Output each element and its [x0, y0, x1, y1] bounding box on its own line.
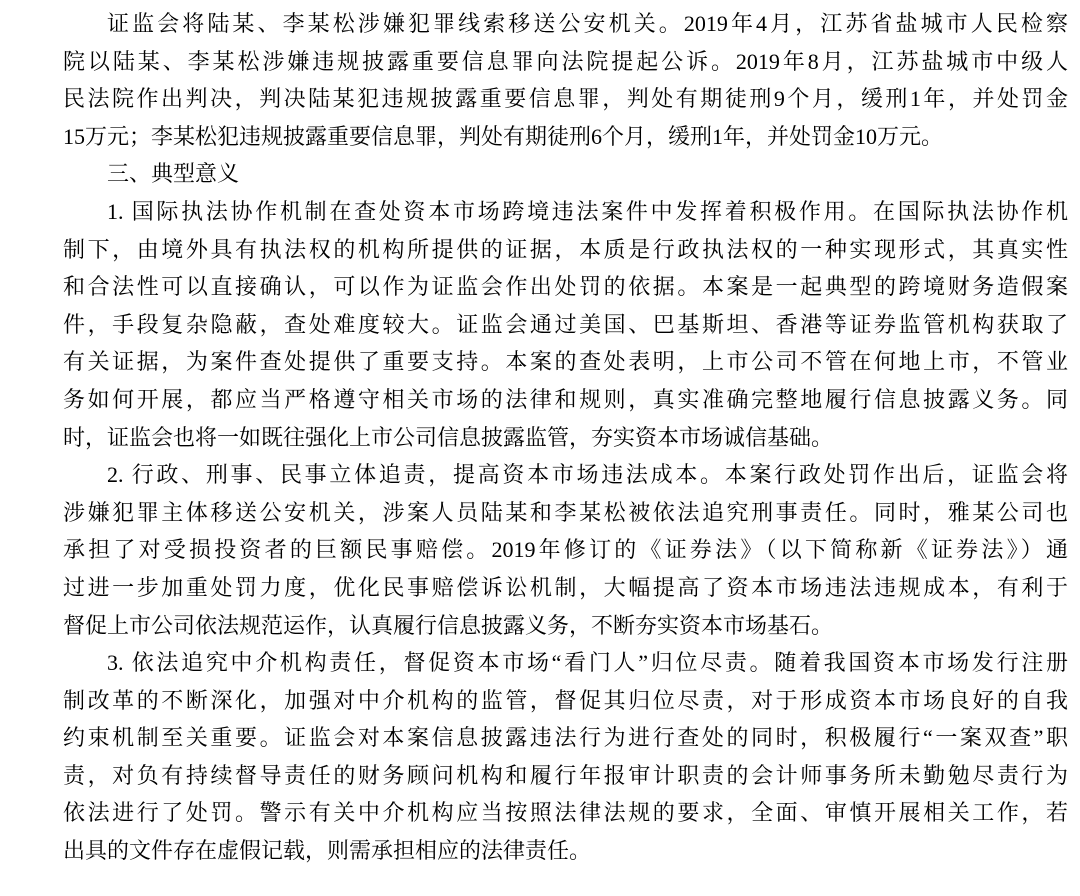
text-line: 1. 国际执法协作机制在查处资本市场跨境违法案件中发挥着积极作用。在国际执法协作… — [63, 193, 1068, 231]
text-line: 时，证监会也将一如既往强化上市公司信息披露监管，夯实资本市场诚信基础。 — [63, 419, 1068, 457]
text-line: 承担了对受损投资者的巨额民事赔偿。2019年修订的《证券法》（以下简称新《证券法… — [63, 531, 1068, 569]
document-text-block: 证监会将陆某、李某松涉嫌犯罪线索移送公安机关。2019年4月，江苏省盐城市人民检… — [63, 5, 1068, 870]
text-line: 督促上市公司依法规范运作，认真履行信息披露义务，不断夯实资本市场基石。 — [63, 607, 1068, 645]
text-line: 制改革的不断深化，加强对中介机构的监管，督促其归位尽责，对于形成资本市场良好的自… — [63, 682, 1068, 720]
text-line: 依法进行了处罚。警示有关中介机构应当按照法律法规的要求，全面、审慎开展相关工作，… — [63, 794, 1068, 832]
text-line: 约束机制至关重要。证监会对本案信息披露违法行为进行查处的同时，积极履行“一案双查… — [63, 719, 1068, 757]
document-page: 证监会将陆某、李某松涉嫌犯罪线索移送公安机关。2019年4月，江苏省盐城市人民检… — [0, 0, 1080, 896]
text-line: 责，对负有持续督导责任的财务顾问机构和履行年报审计职责的会计师事务所未勤勉尽责行… — [63, 757, 1068, 795]
text-line: 过进一步加重处罚力度，优化民事赔偿诉讼机制，大幅提高了资本市场违法违规成本，有利… — [63, 569, 1068, 607]
text-line: 民法院作出判决，判决陆某犯违规披露重要信息罪，判处有期徒刑9个月，缓刑1年，并处… — [63, 80, 1068, 118]
text-line: 3. 依法追究中介机构责任，督促资本市场“看门人”归位尽责。随着我国资本市场发行… — [63, 644, 1068, 682]
text-line: 涉嫌犯罪主体移送公安机关，涉案人员陆某和李某松被依法追究刑事责任。同时，雅某公司… — [63, 494, 1068, 532]
text-line: 2. 行政、刑事、民事立体追责，提高资本市场违法成本。本案行政处罚作出后，证监会… — [63, 456, 1068, 494]
text-line: 有关证据，为案件查处提供了重要支持。本案的查处表明，上市公司不管在何地上市，不管… — [63, 343, 1068, 381]
text-line: 证监会将陆某、李某松涉嫌犯罪线索移送公安机关。2019年4月，江苏省盐城市人民检… — [63, 5, 1068, 43]
text-line: 制下，由境外具有执法权的机构所提供的证据，本质是行政执法权的一种实现形式，其真实… — [63, 231, 1068, 269]
text-line: 15万元；李某松犯违规披露重要信息罪，判处有期徒刑6个月，缓刑1年，并处罚金10… — [63, 118, 1068, 156]
section-heading: 三、典型意义 — [63, 155, 1068, 193]
text-line: 院以陆某、李某松涉嫌违规披露重要信息罪向法院提起公诉。2019年8月，江苏盐城市… — [63, 43, 1068, 81]
text-line: 件，手段复杂隐蔽，查处难度较大。证监会通过美国、巴基斯坦、香港等证券监管机构获取… — [63, 306, 1068, 344]
text-line: 出具的文件存在虚假记载，则需承担相应的法律责任。 — [63, 832, 1068, 870]
text-line: 和合法性可以直接确认，可以作为证监会作出处罚的依据。本案是一起典型的跨境财务造假… — [63, 268, 1068, 306]
text-line: 务如何开展，都应当严格遵守相关市场的法律和规则，真实准确完整地履行信息披露义务。… — [63, 381, 1068, 419]
